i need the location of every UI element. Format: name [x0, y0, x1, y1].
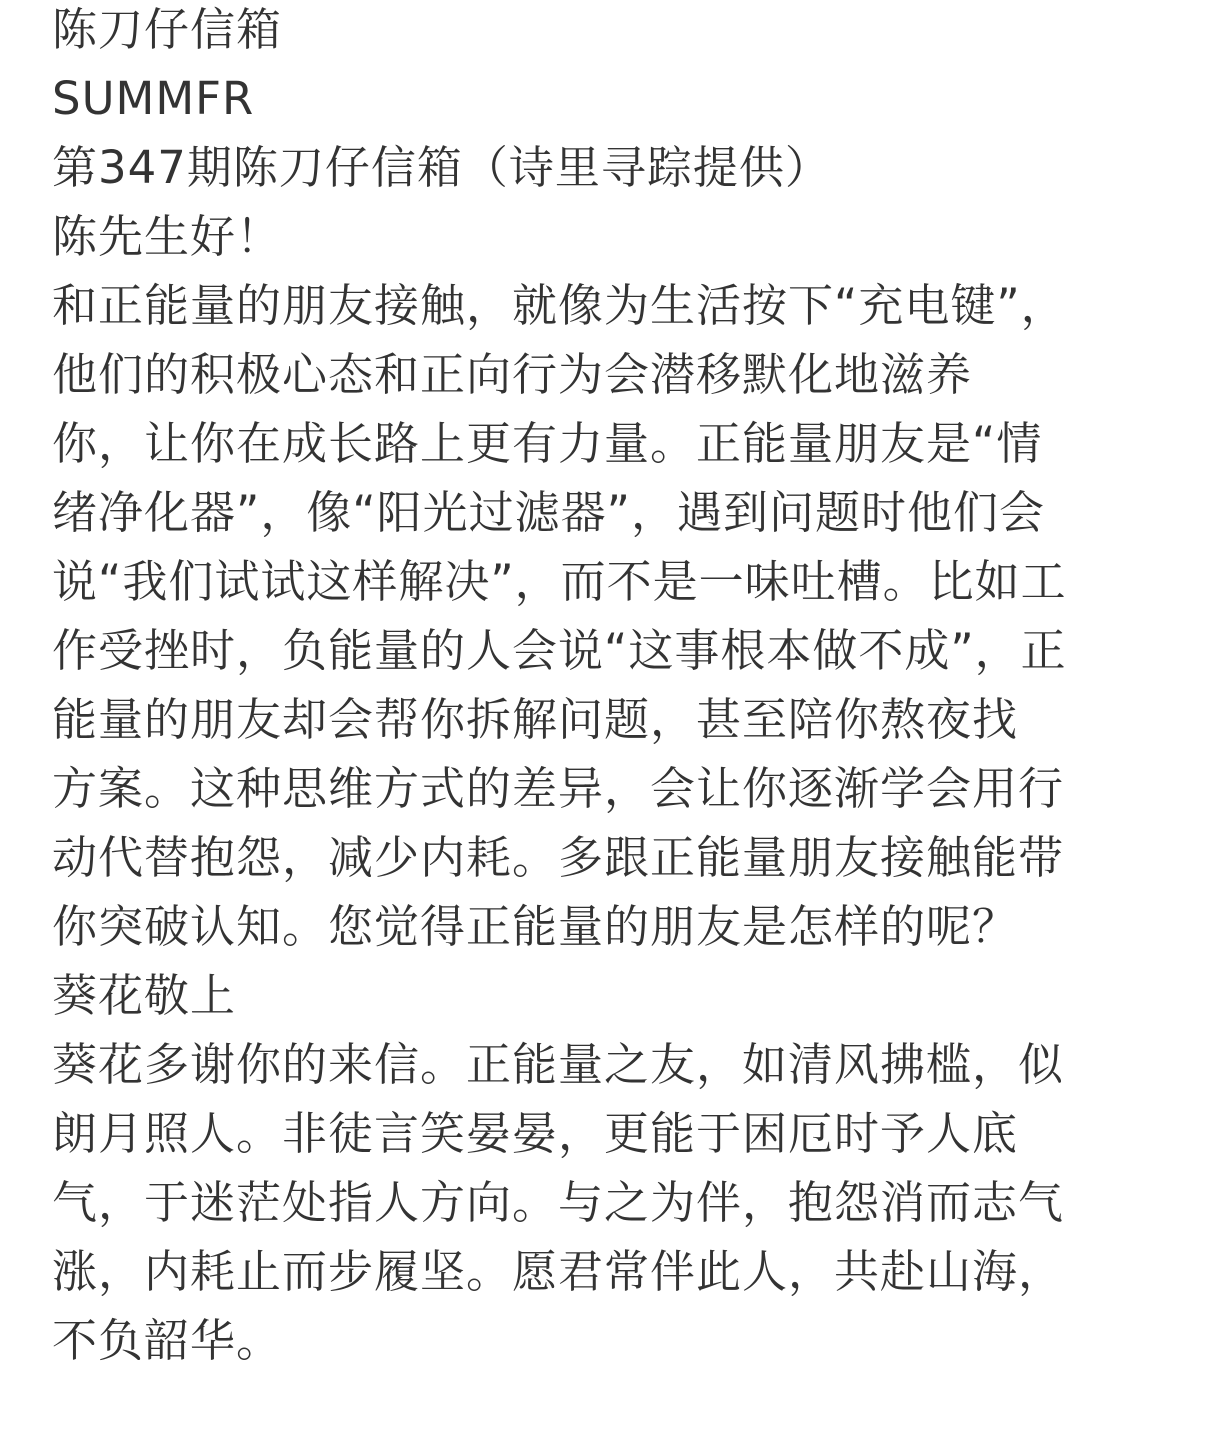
letter-line: 和正能量的朋友接触，就像为生活按下“充电键”， — [52, 271, 1192, 340]
reply-line: 气，于迷茫处指人方向。与之为伴，抱怨消而志气 — [52, 1168, 1192, 1237]
column-title: 陈刀仔信箱 — [52, 0, 1192, 64]
letter-line: 你突破认知。您觉得正能量的朋友是怎样的呢？ — [52, 892, 1192, 961]
reply-line: 涨，内耗止而步履坚。愿君常伴此人，共赴山海， — [52, 1237, 1192, 1306]
reply-body: 葵花多谢你的来信。正能量之友，如清风拂槛，似 朗月照人。非徒言笑晏晏，更能于困厄… — [52, 1030, 1192, 1375]
letter-line: 绪净化器”，像“阳光过滤器”，遇到问题时他们会 — [52, 478, 1192, 547]
letter-line: 你，让你在成长路上更有力量。正能量朋友是“情 — [52, 409, 1192, 478]
reply-line: 朗月照人。非徒言笑晏晏，更能于困厄时予人底 — [52, 1099, 1192, 1168]
letter-line: 作受挫时，负能量的人会说“这事根本做不成”，正 — [52, 616, 1192, 685]
letter-document: 陈刀仔信箱 SUMMFR 第347期陈刀仔信箱（诗里寻踪提供） 陈先生好！ 和正… — [52, 0, 1192, 1375]
letter-line: 能量的朋友却会帮你拆解问题，甚至陪你熬夜找 — [52, 685, 1192, 754]
reply-line: 葵花多谢你的来信。正能量之友，如清风拂槛，似 — [52, 1030, 1192, 1099]
greeting: 陈先生好！ — [52, 202, 1192, 271]
subtitle: SUMMFR — [52, 64, 1192, 133]
signature: 葵花敬上 — [52, 961, 1192, 1030]
issue-heading: 第347期陈刀仔信箱（诗里寻踪提供） — [52, 133, 1192, 202]
letter-line: 说“我们试试这样解决”，而不是一味吐槽。比如工 — [52, 547, 1192, 616]
reply-line: 不负韶华。 — [52, 1306, 1192, 1375]
letter-line: 他们的积极心态和正向行为会潜移默化地滋养 — [52, 340, 1192, 409]
letter-body: 和正能量的朋友接触，就像为生活按下“充电键”， 他们的积极心态和正向行为会潜移默… — [52, 271, 1192, 961]
letter-line: 动代替抱怨，减少内耗。多跟正能量朋友接触能带 — [52, 823, 1192, 892]
letter-line: 方案。这种思维方式的差异，会让你逐渐学会用行 — [52, 754, 1192, 823]
